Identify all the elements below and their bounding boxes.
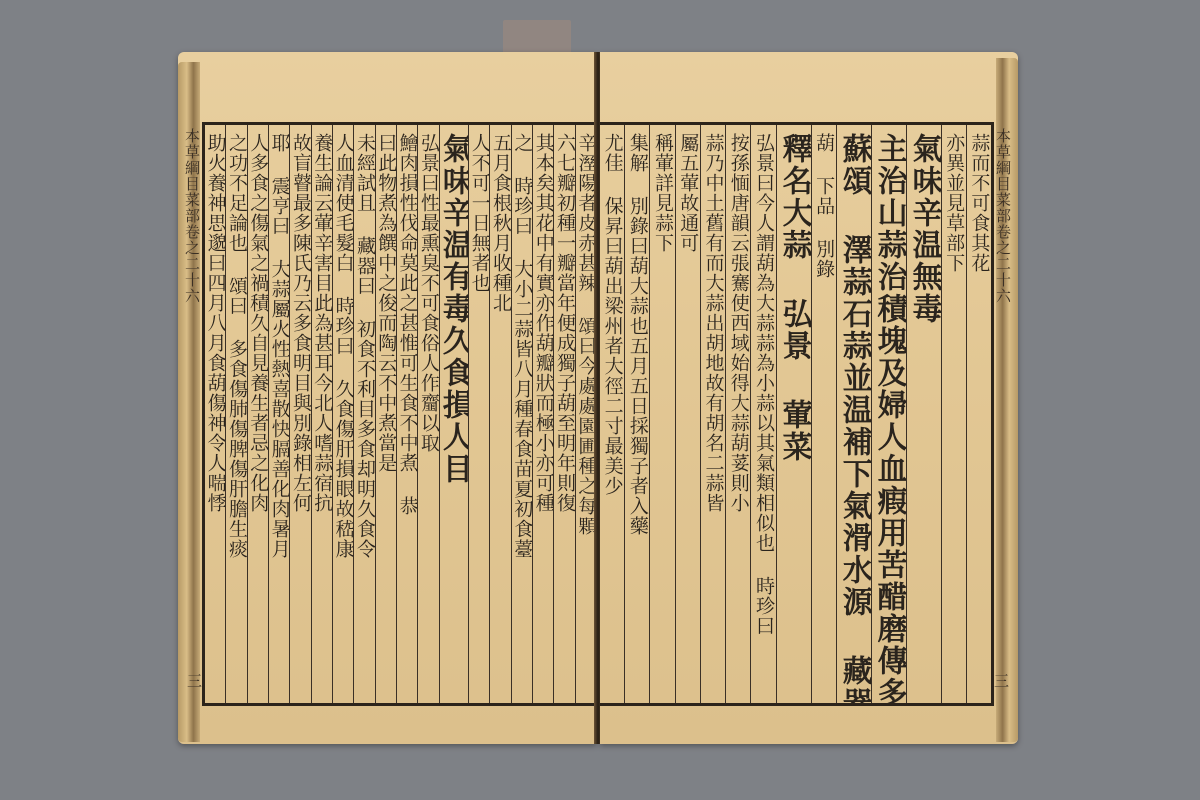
- column-text: 養生論云葷辛害目此為甚耳今北人嗜蒜宿抗: [311, 133, 332, 703]
- text-column: 之 時珍曰 大小二蒜皆八月種春食苗夏初食薹: [511, 125, 532, 703]
- column-text: 其本矣其花中有實亦作葫瓣狀而極小亦可種: [532, 133, 553, 703]
- column-text: 弘景曰今人謂葫為大蒜蒜為小蒜以其氣類相似也 時珍曰: [752, 133, 775, 703]
- heading-column: 氣味辛温有毒久食損人目: [439, 125, 468, 703]
- column-text: 人多食之傷氣之禍積久自見養生者忌之化肉: [247, 133, 268, 703]
- text-column: 人血清使毛髮白 時珍曰 久食傷肝損眼故嵇康: [332, 125, 353, 703]
- column-text: 曰此物煮為饌中之俊而陶云不中煮當是: [375, 133, 396, 703]
- right-text-frame: 蒜而不可食其花 亦異並見草部下 氣味辛温無毒 主治山蒜治積塊及婦人血瘕用苦醋磨傳…: [600, 122, 994, 706]
- text-column: 按孫愐唐韻云張騫使西域始得大蒜葫荽則小: [725, 125, 750, 703]
- collection-seal: [503, 20, 571, 56]
- column-text: 按孫愐唐韻云張騫使西域始得大蒜葫荽則小: [727, 133, 750, 703]
- right-page-number: 三: [991, 673, 1012, 688]
- text-column: 人不可一日無者也: [468, 125, 489, 703]
- column-heading: 主治山蒜治積塊及婦人血瘕用苦醋磨傳多效: [871, 133, 906, 703]
- text-column: 五月食根秋月收種北: [489, 125, 510, 703]
- column-heading: 氣味辛温無毒: [906, 133, 941, 703]
- entry-title-column: 葫 下品 別錄: [811, 125, 836, 703]
- column-text: 五月食根秋月收種北: [489, 133, 510, 703]
- left-text-frame: 辛溼陽者皮赤甚辣 頌曰今處處園圃種之每顆 六七瓣初種一瓣當年便成獨子葫至明年則復…: [202, 122, 596, 706]
- column-text: 故盲瞽最多陳氏乃云多食明目與別錄相左何: [289, 133, 310, 703]
- column-text: 人血清使毛髮白 時珍曰 久食傷肝損眼故嵇康: [332, 133, 353, 703]
- text-column: 弘景曰性最熏臭不可食俗人作齏以取: [417, 125, 438, 703]
- column-text: 六七瓣初種一瓣當年便成獨子葫至明年則復: [553, 133, 574, 703]
- heading-column: 主治山蒜治積塊及婦人血瘕用苦醋磨傳多效: [871, 125, 906, 703]
- heading-column: 氣味辛温無毒: [906, 125, 941, 703]
- text-column: 未經試且 藏器曰 初食不利目多食却明久食令: [353, 125, 374, 703]
- text-column: 辛溼陽者皮赤甚辣 頌曰今處處園圃種之每顆: [575, 125, 596, 703]
- text-column: 弘景曰今人謂葫為大蒜蒜為小蒜以其氣類相似也 時珍曰: [750, 125, 775, 703]
- column-text: 屬五葷故通可: [676, 133, 699, 703]
- left-columns: 辛溼陽者皮赤甚辣 頌曰今處處園圃種之每顆 六七瓣初種一瓣當年便成獨子葫至明年則復…: [205, 125, 596, 703]
- text-column: 人多食之傷氣之禍積久自見養生者忌之化肉: [247, 125, 268, 703]
- right-columns: 蒜而不可食其花 亦異並見草部下 氣味辛温無毒 主治山蒜治積塊及婦人血瘕用苦醋磨傳…: [600, 125, 991, 703]
- text-column: 養生論云葷辛害目此為甚耳今北人嗜蒜宿抗: [311, 125, 332, 703]
- text-column: 亦異並見草部下: [941, 125, 966, 703]
- text-column: 助火養神思邈曰四月八月食葫傷神令人喘悸: [205, 125, 225, 703]
- column-heading: 氣味辛温有毒久食損人目: [439, 133, 468, 703]
- column-text: 未經試且 藏器曰 初食不利目多食却明久食令: [353, 133, 374, 703]
- open-book: 本草綱目菜部卷之二十六 三 辛溼陽者皮赤甚辣 頌曰今處處園圃種之每顆 六七瓣初種…: [178, 52, 1018, 744]
- column-text: 蒜而不可食其花: [967, 133, 990, 703]
- column-text: 亦異並見草部下: [942, 133, 965, 703]
- text-column: 鱠肉損性伐命莫此之甚惟可生食不中煮 恭: [396, 125, 417, 703]
- column-text: 鱠肉損性伐命莫此之甚惟可生食不中煮 恭: [396, 133, 417, 703]
- text-column: 蒜乃中土舊有而大蒜出胡地故有胡名二蒜皆: [700, 125, 725, 703]
- column-text: 稱葷詳見蒜下: [651, 133, 674, 703]
- left-page: 本草綱目菜部卷之二十六 三 辛溼陽者皮赤甚辣 頌曰今處處園圃種之每顆 六七瓣初種…: [178, 52, 596, 744]
- column-text: 弘景曰性最熏臭不可食俗人作齏以取: [417, 133, 438, 703]
- column-text: 耶 震亨曰 大蒜屬火性熱喜散快膈善化肉暑月: [268, 133, 289, 703]
- left-margin-title: 本草綱目菜部卷之二十六: [182, 128, 203, 304]
- column-text: 集解 別錄曰葫大蒜也五月五日採獨子者入藥: [626, 133, 649, 703]
- text-column: 耶 震亨曰 大蒜屬火性熱喜散快膈善化肉暑月: [268, 125, 289, 703]
- text-column: 尤佳 保昇曰葫出梁州者大徑二寸最美少: [600, 125, 624, 703]
- text-column: 屬五葷故通可: [675, 125, 700, 703]
- right-page: 本草綱目菜部卷之二十六 三 蒜而不可食其花 亦異並見草部下 氣味辛温無毒 主治山…: [600, 52, 1018, 744]
- column-text: 助火養神思邈曰四月八月食葫傷神令人喘悸: [205, 133, 225, 703]
- text-column: 其本矣其花中有實亦作葫瓣狀而極小亦可種: [532, 125, 553, 703]
- text-column: 曰此物煮為饌中之俊而陶云不中煮當是: [375, 125, 396, 703]
- text-column: 故盲瞽最多陳氏乃云多食明目與別錄相左何: [289, 125, 310, 703]
- column-text: 辛溼陽者皮赤甚辣 頌曰今處處園圃種之每顆: [575, 133, 596, 703]
- entry-title: 葫 下品 別錄: [812, 133, 835, 703]
- column-text: 人不可一日無者也: [468, 133, 489, 703]
- column-heading: 蘇頌 澤蒜石蒜並温補下氣滑水源 藏器: [836, 133, 871, 703]
- column-heading: 釋名大蒜 弘景 葷菜: [776, 133, 811, 703]
- heading-column: 釋名大蒜 弘景 葷菜: [776, 125, 811, 703]
- column-text: 尤佳 保昇曰葫出梁州者大徑二寸最美少: [601, 133, 624, 703]
- right-margin-title: 本草綱目菜部卷之二十六: [993, 128, 1014, 304]
- text-column: 六七瓣初種一瓣當年便成獨子葫至明年則復: [553, 125, 574, 703]
- text-column: 之功不足論也 頌曰 多食傷肺傷脾傷肝膽生痰: [225, 125, 246, 703]
- column-text: 之 時珍曰 大小二蒜皆八月種春食苗夏初食薹: [511, 133, 532, 703]
- text-column: 稱葷詳見蒜下: [649, 125, 674, 703]
- column-text: 蒜乃中土舊有而大蒜出胡地故有胡名二蒜皆: [702, 133, 725, 703]
- text-column: 集解 別錄曰葫大蒜也五月五日採獨子者入藥: [624, 125, 649, 703]
- column-text: 之功不足論也 頌曰 多食傷肺傷脾傷肝膽生痰: [225, 133, 246, 703]
- heading-column: 蘇頌 澤蒜石蒜並温補下氣滑水源 藏器: [836, 125, 871, 703]
- text-column: 蒜而不可食其花: [966, 125, 991, 703]
